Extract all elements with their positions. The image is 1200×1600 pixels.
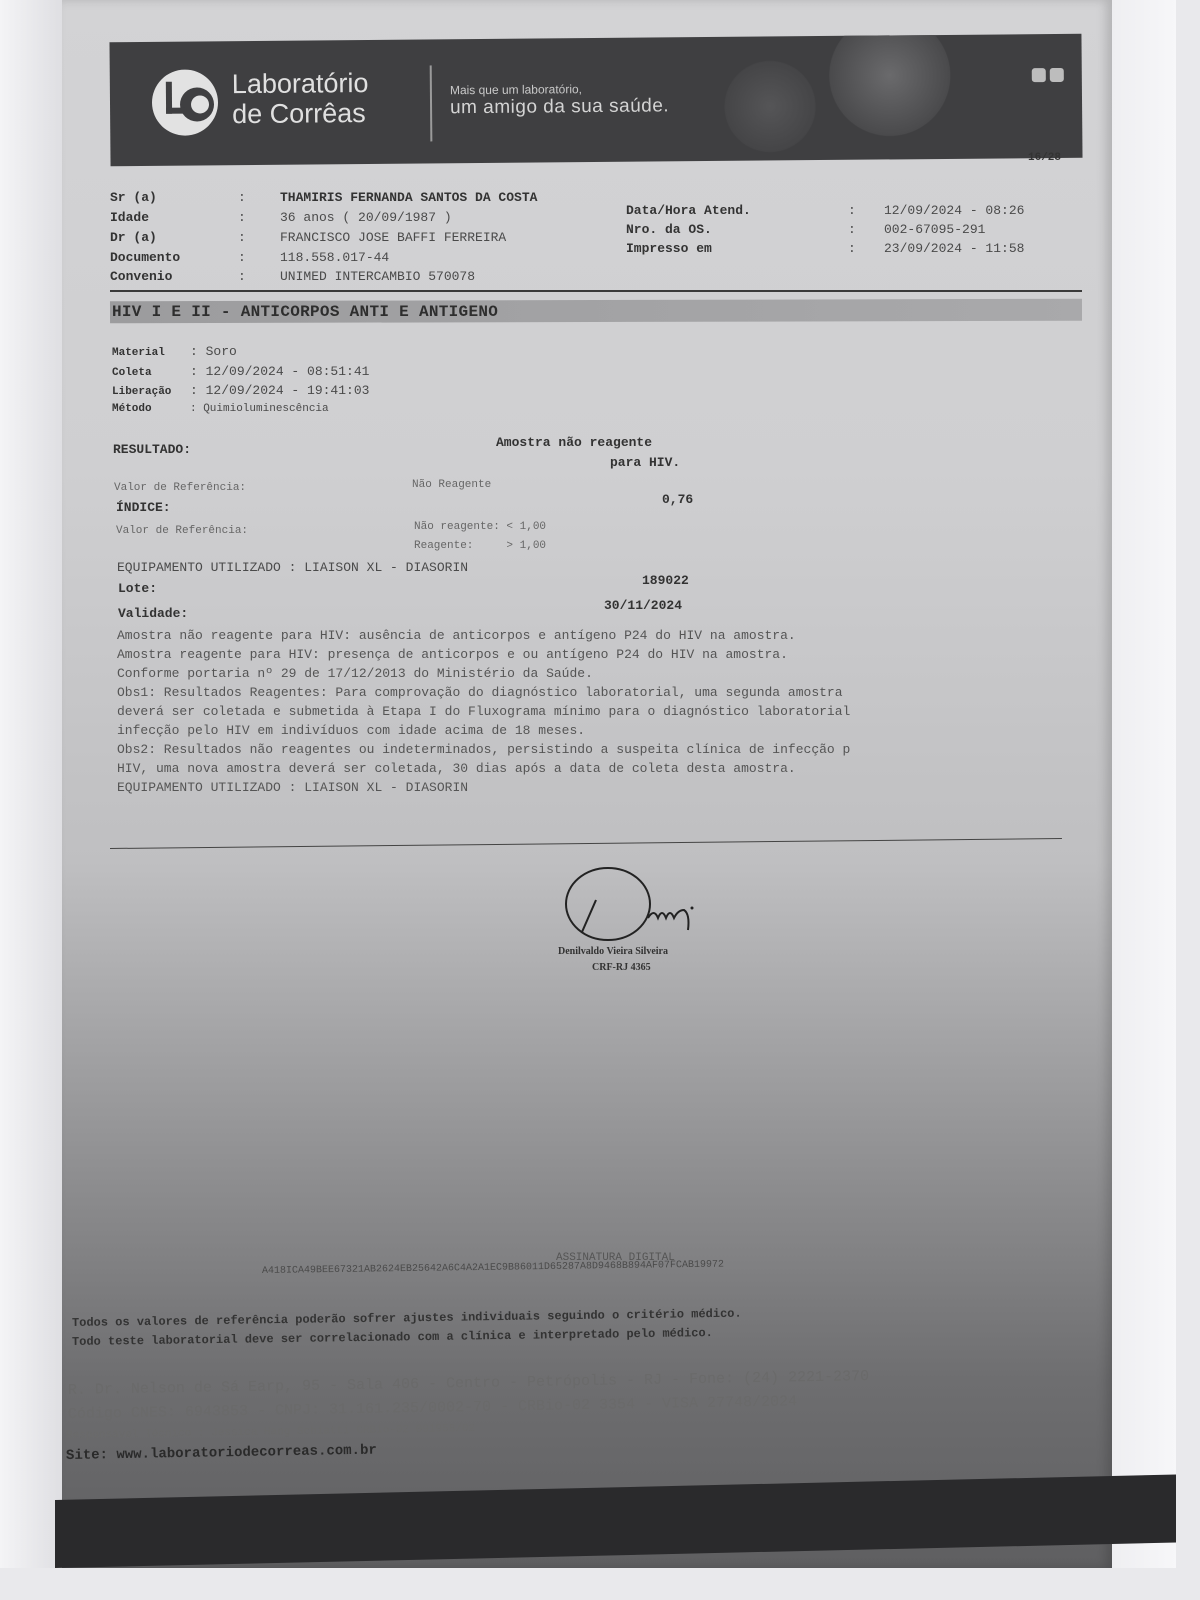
note-line: Obs1: Resultados Reagentes: Para comprov… [117, 685, 843, 700]
note-line: Amostra não reagente para HIV: ausência … [117, 628, 796, 643]
colon: : [238, 190, 280, 205]
note-line: infecção pelo HIV em indivíduos com idad… [117, 723, 585, 738]
equipment: EQUIPAMENTO UTILIZADO : LIAISON XL - DIA… [117, 560, 468, 575]
field-label: Convenio [110, 269, 238, 284]
banner-icons [1032, 68, 1064, 82]
attendance-datetime: 12/09/2024 - 08:26 [884, 203, 1024, 218]
signature-icon [560, 860, 720, 950]
order-number: 002-67095-291 [884, 222, 985, 237]
patient-field: Documento:118.558.017-44 [110, 250, 389, 265]
reference-value: Não Reagente [412, 479, 491, 491]
validity-label: Validade: [118, 606, 188, 621]
colon: : [238, 269, 280, 284]
header-divider [110, 290, 1082, 292]
release-value: 12/09/2024 - 19:41:03 [206, 383, 370, 398]
colon: : [238, 250, 280, 265]
field-label: Nro. da OS. [626, 222, 848, 237]
result-label: RESULTADO: [113, 442, 191, 457]
lot-label: Lote: [118, 581, 157, 596]
patient-age: 36 anos ( 20/09/1987 ) [280, 210, 452, 225]
tagline-small: Mais que um laboratório, [450, 82, 582, 97]
patient-field: Sr (a):THAMIRIS FERNANDA SANTOS DA COSTA [110, 190, 537, 205]
note-line: Amostra reagente para HIV: presença de a… [117, 647, 788, 662]
insurance: UNIMED INTERCAMBIO 570078 [280, 269, 475, 284]
colon: : [848, 222, 884, 237]
lab-logo-icon [150, 67, 221, 138]
material-value: Soro [206, 344, 237, 359]
reference-value-reactive: Reagente: > 1,00 [414, 540, 546, 552]
result-line2: para HIV. [610, 455, 680, 470]
field-label: Impresso em [626, 241, 848, 256]
reference-label: Valor de Referência: [116, 525, 248, 537]
field-label: Sr (a) [110, 190, 238, 205]
printed-datetime: 23/09/2024 - 11:58 [884, 241, 1024, 256]
colon: : [848, 241, 884, 256]
result-line1: Amostra não reagente [496, 435, 652, 450]
field-label: Idade [110, 210, 238, 225]
meta-label: Coleta [112, 367, 190, 379]
lab-name-line1: Laboratório [232, 68, 369, 99]
lab-name: Laboratório de Corrêas [232, 68, 369, 129]
note-line: deverá ser coletada e submetida à Etapa … [117, 704, 850, 719]
field-label: Documento [110, 250, 238, 265]
patient-name: THAMIRIS FERNANDA SANTOS DA COSTA [280, 190, 537, 205]
meta-label: Liberação [112, 386, 190, 398]
exam-meta: Material: Soro [112, 344, 237, 359]
patient-field: Idade:36 anos ( 20/09/1987 ) [110, 210, 452, 225]
tagline-big: um amigo da sua saúde. [450, 95, 669, 119]
meta-label: Material [112, 347, 190, 359]
index-label: ÍNDICE: [116, 500, 171, 515]
square-icon [1050, 68, 1064, 82]
colon: : [238, 230, 280, 245]
colon: : [848, 203, 884, 218]
method-value: Quimioluminescência [203, 403, 328, 415]
square-icon [1032, 68, 1046, 82]
exam-meta: Método: Quimioluminescência [112, 403, 329, 415]
exam-title: HIV I E II - ANTICORPOS ANTI E ANTIGENO [112, 303, 498, 321]
lab-header-banner: Laboratório de Corrêas Mais que um labor… [109, 34, 1082, 166]
note-line: HIV, uma nova amostra deverá ser coletad… [117, 761, 796, 776]
note-line: Conforme portaria nº 29 de 17/12/2013 do… [117, 666, 593, 681]
patient-field: Dr (a):FRANCISCO JOSE BAFFI FERREIRA [110, 230, 506, 245]
signer-name: Denilvaldo Vieira Silveira [558, 946, 668, 957]
exam-meta: Coleta: 12/09/2024 - 08:51:41 [112, 364, 369, 379]
field-label: Dr (a) [110, 230, 238, 245]
exam-meta: Liberação: 12/09/2024 - 19:41:03 [112, 383, 369, 398]
desk-background-left [0, 0, 70, 1568]
note-line: EQUIPAMENTO UTILIZADO : LIAISON XL - DIA… [117, 780, 468, 795]
reference-label: Valor de Referência: [114, 482, 246, 494]
patient-field: Convenio:UNIMED INTERCAMBIO 570078 [110, 269, 475, 284]
site-label: Site: [66, 1447, 108, 1464]
lab-name-line2: de Corrêas [232, 98, 369, 129]
reference-value-nonreactive: Não reagente: < 1,00 [414, 521, 546, 533]
field-label: Data/Hora Atend. [626, 203, 848, 218]
index-value: 0,76 [662, 492, 693, 507]
visit-field: Data/Hora Atend.:12/09/2024 - 08:26 [626, 203, 1024, 218]
collection-value: 12/09/2024 - 08:51:41 [206, 364, 370, 379]
page-indicator: 16/28 [1028, 152, 1061, 164]
visit-field: Impresso em:23/09/2024 - 11:58 [626, 241, 1024, 256]
doctor-name: FRANCISCO JOSE BAFFI FERREIRA [280, 230, 506, 245]
colon: : [238, 210, 280, 225]
lot-value: 189022 [642, 573, 689, 588]
signer-registration: CRF-RJ 4365 [592, 962, 651, 973]
document-number: 118.558.017-44 [280, 250, 389, 265]
note-line: Obs2: Resultados não reagentes ou indete… [117, 742, 850, 757]
validity-value: 30/11/2024 [604, 598, 682, 613]
visit-field: Nro. da OS.:002-67095-291 [626, 222, 985, 237]
banner-divider [430, 65, 433, 141]
meta-label: Método [112, 403, 190, 415]
